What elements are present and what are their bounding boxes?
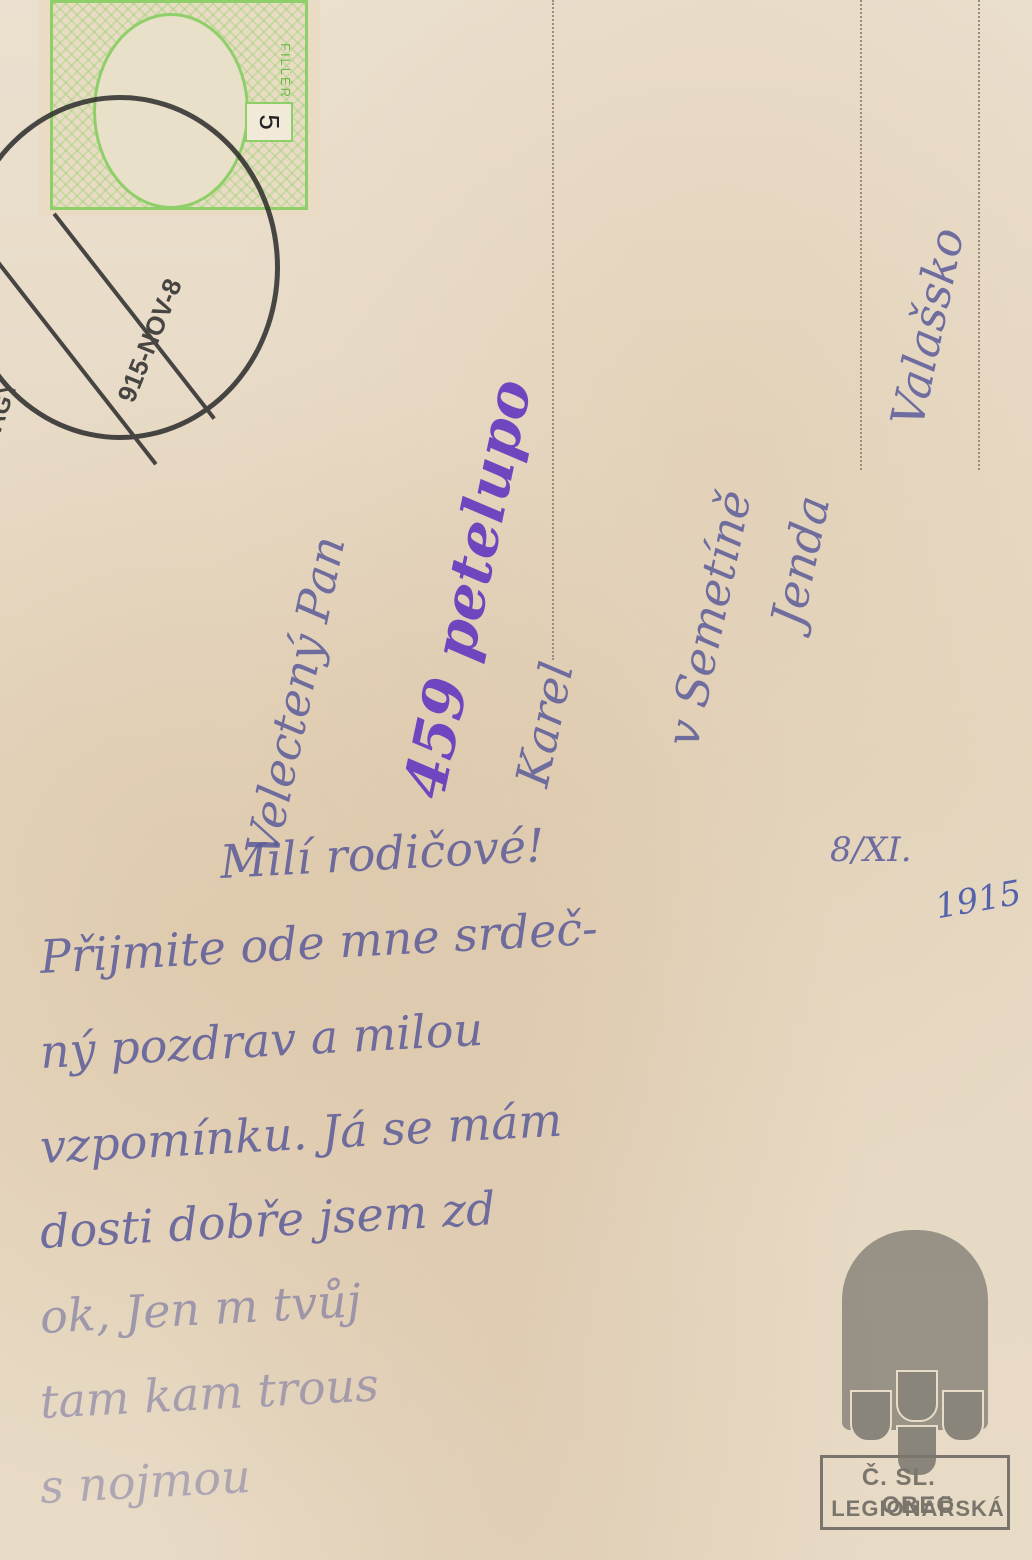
message-date: 8/XI.	[830, 830, 912, 870]
obec-legionarska-watermark: Č. SL. OBEC LEGIONÁŘSKÁ	[820, 1230, 1010, 1530]
watermark-cs-sl: Č. SL.	[862, 1464, 936, 1491]
watermark-text-box: Č. SL. OBEC LEGIONÁŘSKÁ	[820, 1455, 1010, 1530]
message-line-6: ok, Jen m tvůj	[39, 1273, 363, 1344]
message-line-8: s nojmou	[39, 1449, 252, 1514]
address-line-3: v Semetíně	[655, 485, 762, 751]
stamp-value: 5	[245, 102, 293, 142]
address-guide-line	[978, 0, 980, 470]
postcard-back: 5 FILLÉR 915-NOV-8 NAGY Velectený Pan Ka…	[0, 0, 1032, 1560]
address-line-4: Jenda	[760, 491, 840, 632]
stamp-denomination-label: FILLÉR	[278, 43, 293, 99]
moravia-eagle-shield-icon	[942, 1390, 984, 1442]
watermark-line-2: LEGIONÁŘSKÁ	[823, 1496, 1013, 1522]
message-line-3: ný pozdrav a milou	[39, 1002, 485, 1079]
message-year: 1915	[932, 873, 1024, 927]
address-line-2: Karel	[505, 657, 584, 791]
slovak-cross-shield-icon	[896, 1370, 938, 1422]
silesia-eagle-shield-icon	[850, 1390, 892, 1442]
address-line-5: Valašsko	[880, 223, 975, 431]
message-line-2: Přijmite ode mne srdeč-	[39, 901, 599, 984]
address-guide-line	[552, 0, 554, 660]
address-guide-line	[860, 0, 862, 470]
message-line-7: tam kam trous	[39, 1357, 380, 1429]
postmark-place: NAGY	[0, 377, 25, 452]
address-line-1: Velectený Pan	[235, 531, 356, 861]
message-line-4: vzpomínku. Já se mám	[39, 1093, 564, 1174]
message-line-5: dosti dobře jsem zd	[39, 1181, 497, 1259]
postmark-bar	[0, 213, 216, 466]
